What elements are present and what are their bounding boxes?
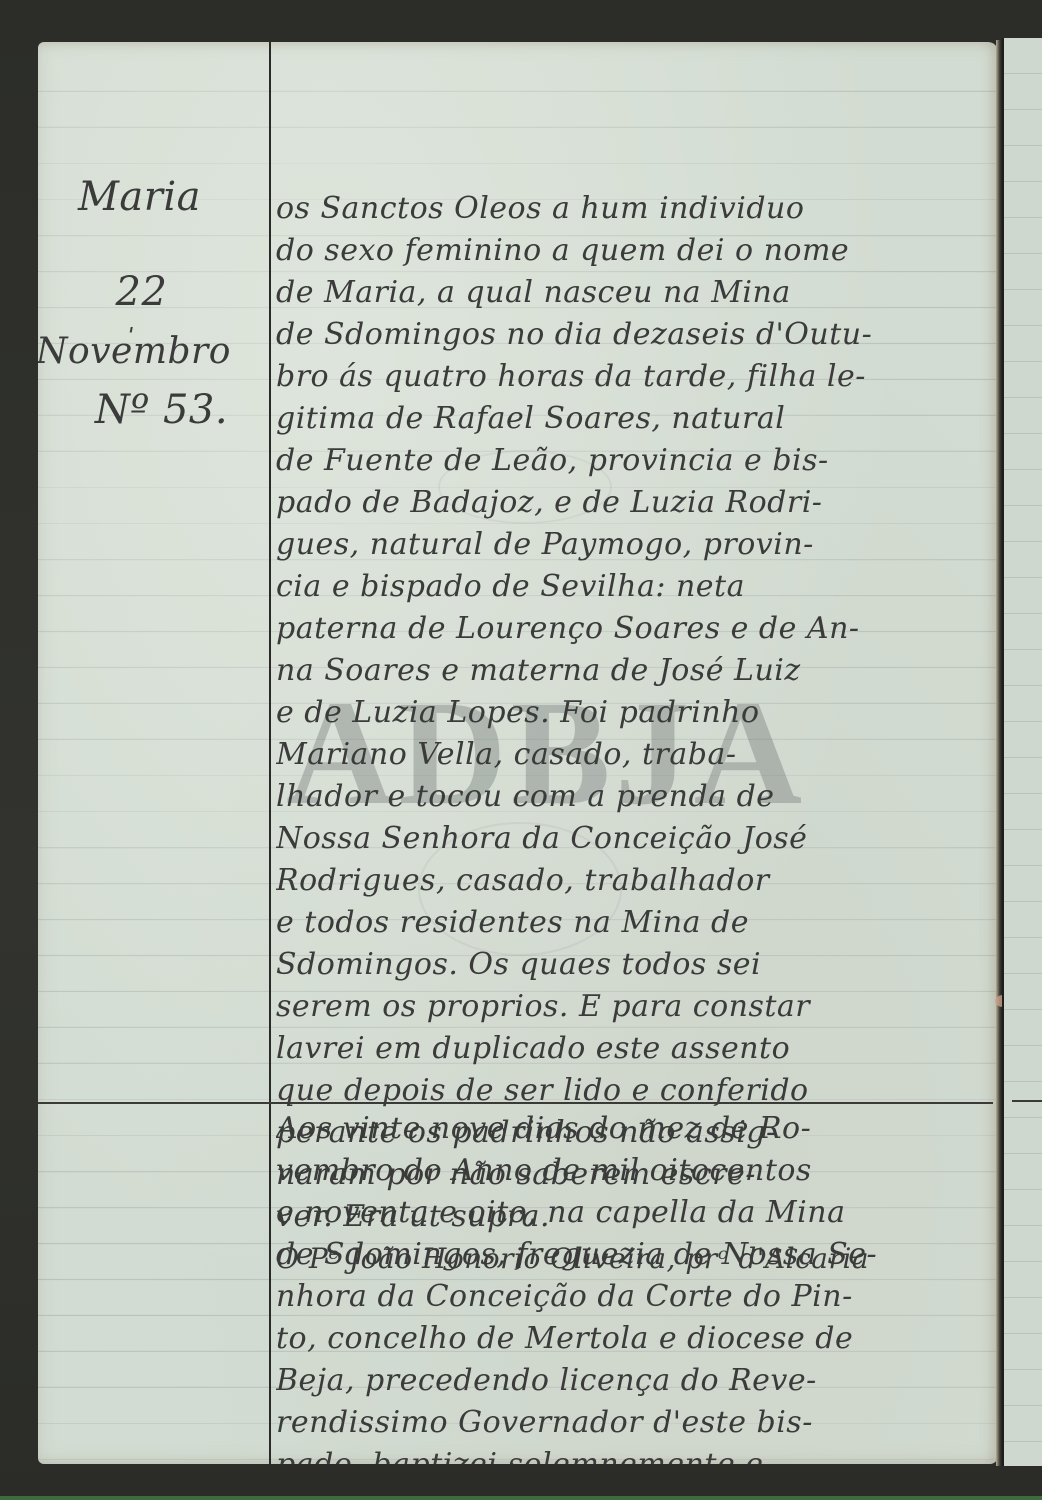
text-line: de Fuente de Leão, provincia e bis- <box>276 440 986 482</box>
text-line: e noventa e oito, na capella da Mina <box>276 1192 986 1234</box>
text-line: nhora da Conceição da Corte do Pin- <box>276 1276 986 1318</box>
text-line: na Soares e materna de José Luiz <box>276 650 986 692</box>
text-line: Rodrigues, casado, trabalhador <box>276 860 986 902</box>
text-line: serem os proprios. E para constar <box>276 986 986 1028</box>
register-page: ADBJA Maria 22 ˈ Novembro Nº 53. os Sanc… <box>38 42 998 1464</box>
text-line: Nossa Senhora da Conceição José <box>276 818 986 860</box>
text-line: to, concelho de Mertola e diocese de <box>276 1318 986 1360</box>
text-line: Beja, precedendo licença do Reve- <box>276 1360 986 1402</box>
facing-page-divider <box>1012 1100 1042 1102</box>
text-line: Aos vinte nove dias do mez de Ro- <box>276 1108 986 1150</box>
text-line: cia e bispado de Sevilha: neta <box>276 566 986 608</box>
text-line: lhador e tocou com a prenda de <box>276 776 986 818</box>
text-line: rendissimo Governador d'este bis- <box>276 1402 986 1444</box>
text-line: vembro do Anno de mil oitocentos <box>276 1150 986 1192</box>
text-line: de Sdomingos, freguezia de Nossa Se- <box>276 1234 986 1276</box>
entry-2-text: Aos vinte nove dias do mez de Ro- vembro… <box>276 1108 986 1464</box>
baptized-name: Maria <box>38 177 255 217</box>
text-line: pado, baptizei solemnemente e <box>276 1444 986 1464</box>
margin-rule <box>269 42 271 1464</box>
entry-month: Novembro <box>38 332 249 372</box>
scan-edge-strip <box>0 1496 1042 1500</box>
text-line: de Maria, a qual nasceu na Mina <box>276 272 986 314</box>
text-line: pado de Badajoz, e de Luzia Rodri- <box>276 482 986 524</box>
text-line: e de Luzia Lopes. Foi padrinho <box>276 692 986 734</box>
text-line: bro ás quatro horas da tarde, filha le- <box>276 356 986 398</box>
text-line: e todos residentes na Mina de <box>276 902 986 944</box>
entry-day: 22 <box>38 272 257 312</box>
text-line: paterna de Lourenço Soares e de An- <box>276 608 986 650</box>
entry-number: Nº 53. <box>46 390 277 430</box>
text-line: Mariano Vella, casado, traba- <box>276 734 986 776</box>
text-line: os Sanctos Oleos a hum individuo <box>276 188 986 230</box>
text-line: de Sdomingos no dia dezaseis d'Outu- <box>276 314 986 356</box>
text-line: que depois de ser lido e conferido <box>276 1070 986 1112</box>
text-line: lavrei em duplicado este assento <box>276 1028 986 1070</box>
text-line: gues, natural de Paymogo, provin- <box>276 524 986 566</box>
text-line: Sdomingos. Os quaes todos sei <box>276 944 986 986</box>
facing-page-edge <box>1002 38 1042 1466</box>
text-line: gitima de Rafael Soares, natural <box>276 398 986 440</box>
text-line: do sexo feminino a quem dei o nome <box>276 230 986 272</box>
